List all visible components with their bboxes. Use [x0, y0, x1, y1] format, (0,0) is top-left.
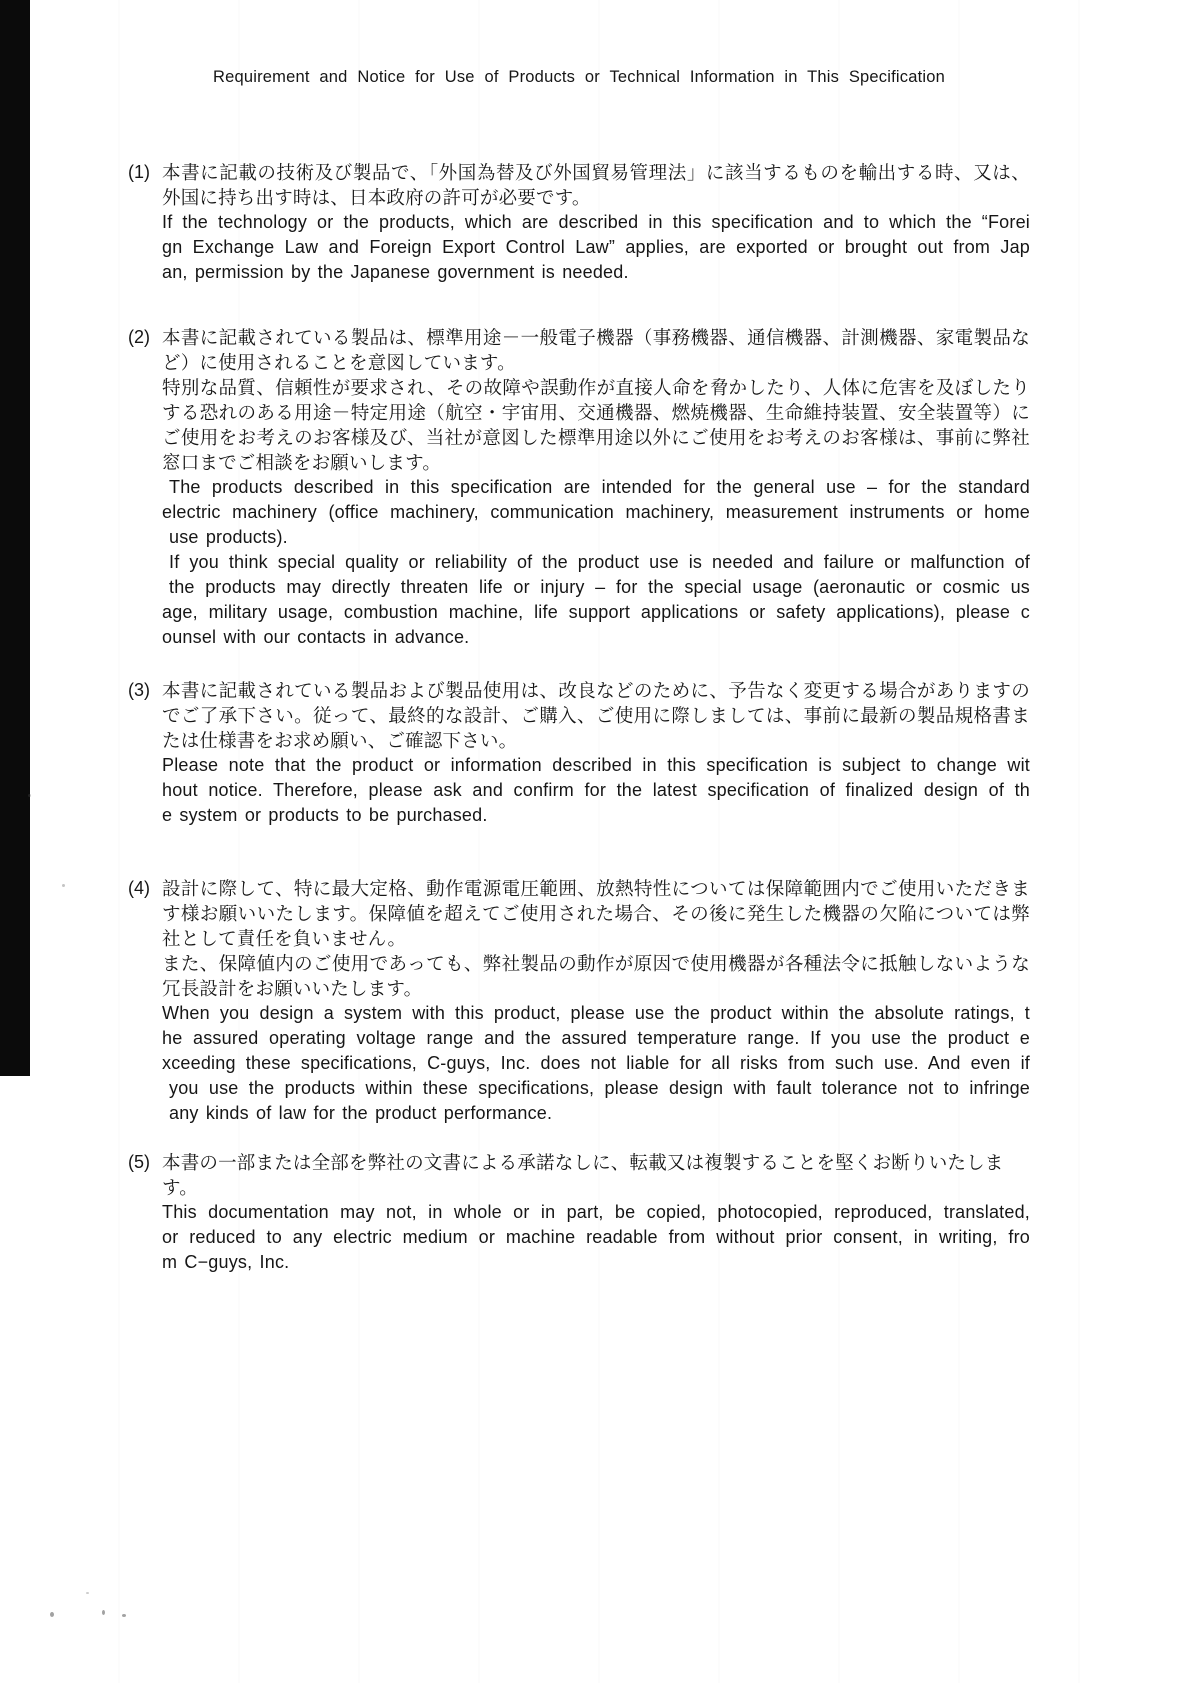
scan-noise-speck	[86, 1592, 89, 1594]
en-text-line: The products described in this specifica…	[162, 475, 1030, 500]
notice-section-2: (2) 本書に記載されている製品は、標準用途－一般電子機器（事務機器、通信機器、…	[128, 325, 1030, 650]
jp-text-line: 設計に際して、特に最大定格、動作電源電圧範囲、放熱特性については保障範囲内でご使…	[162, 876, 1030, 901]
page-title: Requirement and Notice for Use of Produc…	[128, 0, 1030, 88]
jp-text-line: 本書に記載されている製品は、標準用途－一般電子機器（事務機器、通信機器、計測機器…	[162, 325, 1030, 350]
en-text-line: Please note that the product or informat…	[162, 753, 1030, 778]
jp-text-line: ご使用をお考えのお客様及び、当社が意図した標準用途以外にご使用をお考えのお客様は…	[162, 425, 1030, 450]
scan-artifact-left-bar	[0, 0, 30, 1076]
notice-section-1: (1) 本書に記載の技術及び製品で、「外国為替及び外国貿易管理法」に該当するもの…	[128, 160, 1030, 285]
jp-text-line: たは仕様書をお求め願い、ご確認下さい。	[162, 728, 1030, 753]
jp-text-line: す様お願いいたします。保障値を超えてご使用された場合、その後に発生した機器の欠陥…	[162, 901, 1030, 926]
scan-noise-speck	[122, 1614, 126, 1617]
section-number: (2)	[128, 325, 162, 350]
jp-text-line: 社として責任を負いません。	[162, 926, 1030, 951]
en-text-line: any kinds of law for the product perform…	[162, 1101, 1030, 1126]
en-text-line: ounsel with our contacts in advance.	[162, 625, 1030, 650]
en-text-line: use products).	[162, 525, 1030, 550]
en-text-line: If you think special quality or reliabil…	[162, 550, 1030, 575]
jp-text-line: また、保障値内のご使用であっても、弊社製品の動作が原因で使用機器が各種法令に抵触…	[162, 951, 1030, 976]
scan-noise-speck	[50, 1612, 54, 1617]
en-text-line: electric machinery (office machinery, co…	[162, 500, 1030, 525]
section-number: (4)	[128, 876, 162, 901]
en-text-line: gn Exchange Law and Foreign Export Contr…	[162, 235, 1030, 260]
en-text-line: or reduced to any electric medium or mac…	[162, 1225, 1030, 1250]
jp-text-line: 外国に持ち出す時は、日本政府の許可が必要です。	[162, 185, 1030, 210]
en-text-line: you use the products within these specif…	[162, 1076, 1030, 1101]
jp-text-line: 冗長設計をお願いいたします。	[162, 976, 1030, 1001]
en-text-line: m C−guys, Inc.	[162, 1250, 1030, 1275]
en-text-line: When you design a system with this produ…	[162, 1001, 1030, 1026]
scan-noise-speck	[102, 1610, 105, 1615]
scan-noise-speck	[62, 884, 65, 887]
en-text-line: hout notice. Therefore, please ask and c…	[162, 778, 1030, 803]
en-text-line: If the technology or the products, which…	[162, 210, 1030, 235]
notice-section-3: (3) 本書に記載されている製品および製品使用は、改良などのために、予告なく変更…	[128, 678, 1030, 828]
jp-text-line: 本書の一部または全部を弊社の文書による承諾なしに、転載又は複製することを堅くお断…	[162, 1150, 1030, 1200]
jp-text-line: 本書に記載の技術及び製品で、「外国為替及び外国貿易管理法」に該当するものを輸出す…	[162, 160, 1030, 185]
en-text-line: xceeding these specifications, C-guys, I…	[162, 1051, 1030, 1076]
jp-text-line: 窓口までご相談をお願いします。	[162, 450, 1030, 475]
jp-text-line: 本書に記載されている製品および製品使用は、改良などのために、予告なく変更する場合…	[162, 678, 1030, 703]
en-text-line: This documentation may not, in whole or …	[162, 1200, 1030, 1225]
en-text-line: the products may directly threaten life …	[162, 575, 1030, 600]
notice-section-5: (5) 本書の一部または全部を弊社の文書による承諾なしに、転載又は複製することを…	[128, 1150, 1030, 1275]
scan-noise-speck	[28, 794, 31, 797]
jp-text-line: ど）に使用されることを意図しています。	[162, 350, 1030, 375]
jp-text-line: 特別な品質、信頼性が要求され、その故障や誤動作が直接人命を脅かしたり、人体に危害…	[162, 375, 1030, 400]
en-text-line: age, military usage, combustion machine,…	[162, 600, 1030, 625]
document-page: Requirement and Notice for Use of Produc…	[128, 0, 1030, 1275]
section-number: (3)	[128, 678, 162, 703]
jp-text-line: でご了承下さい。従って、最終的な設計、ご購入、ご使用に際しましては、事前に最新の…	[162, 703, 1030, 728]
en-text-line: he assured operating voltage range and t…	[162, 1026, 1030, 1051]
section-number: (5)	[128, 1150, 162, 1175]
jp-text-line: する恐れのある用途－特定用途（航空・宇宙用、交通機器、燃焼機器、生命維持装置、安…	[162, 400, 1030, 425]
notice-section-4: (4) 設計に際して、特に最大定格、動作電源電圧範囲、放熱特性については保障範囲…	[128, 876, 1030, 1126]
section-number: (1)	[128, 160, 162, 185]
en-text-line: e system or products to be purchased.	[162, 803, 1030, 828]
en-text-line: an, permission by the Japanese governmen…	[162, 260, 1030, 285]
